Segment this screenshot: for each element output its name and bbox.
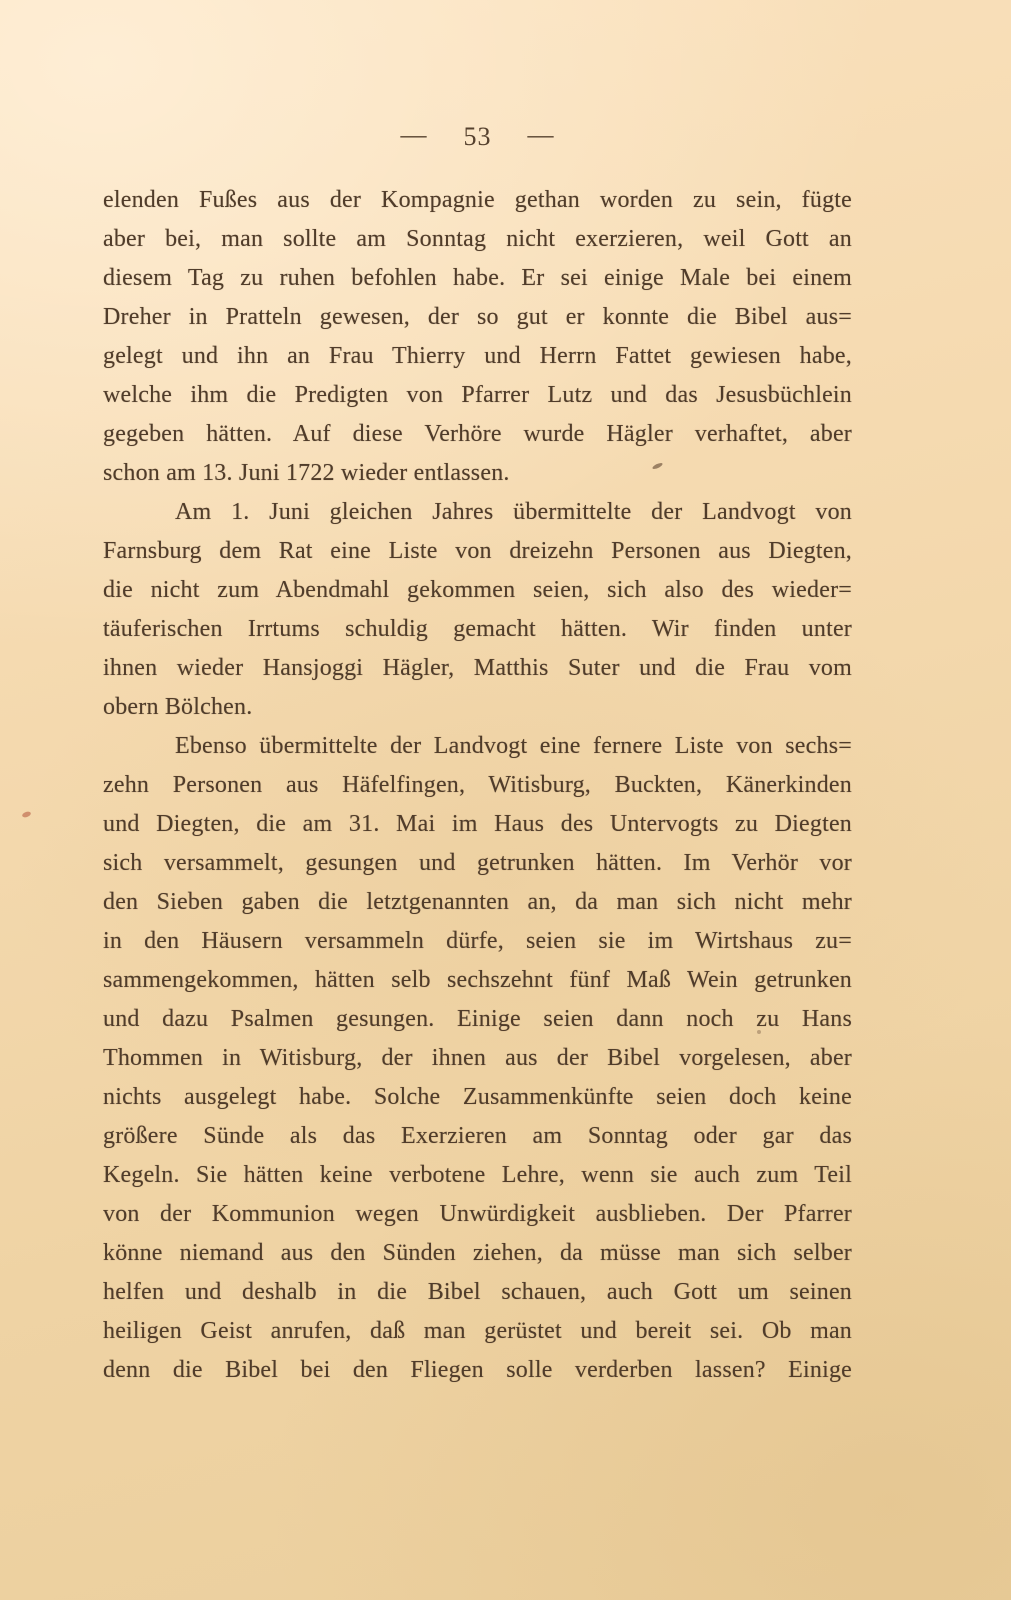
page-number: 53 xyxy=(464,122,492,152)
text-line: nichts ausgelegt habe. Solche Zusammenkü… xyxy=(103,1078,852,1117)
page-header: — 53 — xyxy=(103,122,852,152)
text-line: die nicht zum Abendmahl gekommen seien, … xyxy=(103,571,852,610)
text-line: denn die Bibel bei den Fliegen solle ver… xyxy=(103,1351,852,1390)
text-line: und Diegten, die am 31. Mai im Haus des … xyxy=(103,805,852,844)
text-line: sammengekommen, hätten selb sechszehnt f… xyxy=(103,961,852,1000)
text-line: gelegt und ihn an Frau Thierry und Herrn… xyxy=(103,337,852,376)
text-line: Farnsburg dem Rat eine Liste von dreizeh… xyxy=(103,532,852,571)
text-line: Am 1. Juni gleichen Jahres übermittelte … xyxy=(103,493,852,532)
text-line: diesem Tag zu ruhen befohlen habe. Er se… xyxy=(103,259,852,298)
text-line: aber bei, man sollte am Sonntag nicht ex… xyxy=(103,220,852,259)
text-line: ihnen wieder Hansjoggi Hägler, Matthis S… xyxy=(103,649,852,688)
text-line: gegeben hätten. Auf diese Verhöre wurde … xyxy=(103,415,852,454)
text-line: täuferischen Irrtums schuldig gemacht hä… xyxy=(103,610,852,649)
text-line: größere Sünde als das Exerzieren am Sonn… xyxy=(103,1117,852,1156)
paper-speck xyxy=(21,811,31,819)
text-line: schon am 13. Juni 1722 wieder entlassen. xyxy=(103,454,852,493)
text-line: Kegeln. Sie hätten keine verbotene Lehre… xyxy=(103,1156,852,1195)
text-line: und dazu Psalmen gesungen. Einige seien … xyxy=(103,1000,852,1039)
text-line: könne niemand aus den Sünden ziehen, da … xyxy=(103,1234,852,1273)
text-block: elenden Fußes aus der Kompagnie gethan w… xyxy=(103,181,852,1390)
text-line: den Sieben gaben die letztgenannten an, … xyxy=(103,883,852,922)
text-line: in den Häusern versammeln dürfe, seien s… xyxy=(103,922,852,961)
text-line: sich versammelt, gesungen und getrunken … xyxy=(103,844,852,883)
text-line: elenden Fußes aus der Kompagnie gethan w… xyxy=(103,181,852,220)
text-line: helfen und deshalb in die Bibel schauen,… xyxy=(103,1273,852,1312)
text-line: Dreher in Pratteln gewesen, der so gut e… xyxy=(103,298,852,337)
header-dash-right: — xyxy=(528,120,555,150)
text-line: Thommen in Witisburg, der ihnen aus der … xyxy=(103,1039,852,1078)
text-line: obern Bölchen. xyxy=(103,688,852,727)
text-line: zehn Personen aus Häfelfingen, Witisburg… xyxy=(103,766,852,805)
header-dash-left: — xyxy=(401,120,428,150)
text-line: welche ihm die Predigten von Pfarrer Lut… xyxy=(103,376,852,415)
text-line: Ebenso übermittelte der Landvogt eine fe… xyxy=(103,727,852,766)
text-line: von der Kommunion wegen Unwürdigkeit aus… xyxy=(103,1195,852,1234)
text-line: heiligen Geist anrufen, daß man gerüstet… xyxy=(103,1312,852,1351)
book-page-scan: — 53 — elenden Fußes aus der Kompagnie g… xyxy=(0,0,1011,1600)
